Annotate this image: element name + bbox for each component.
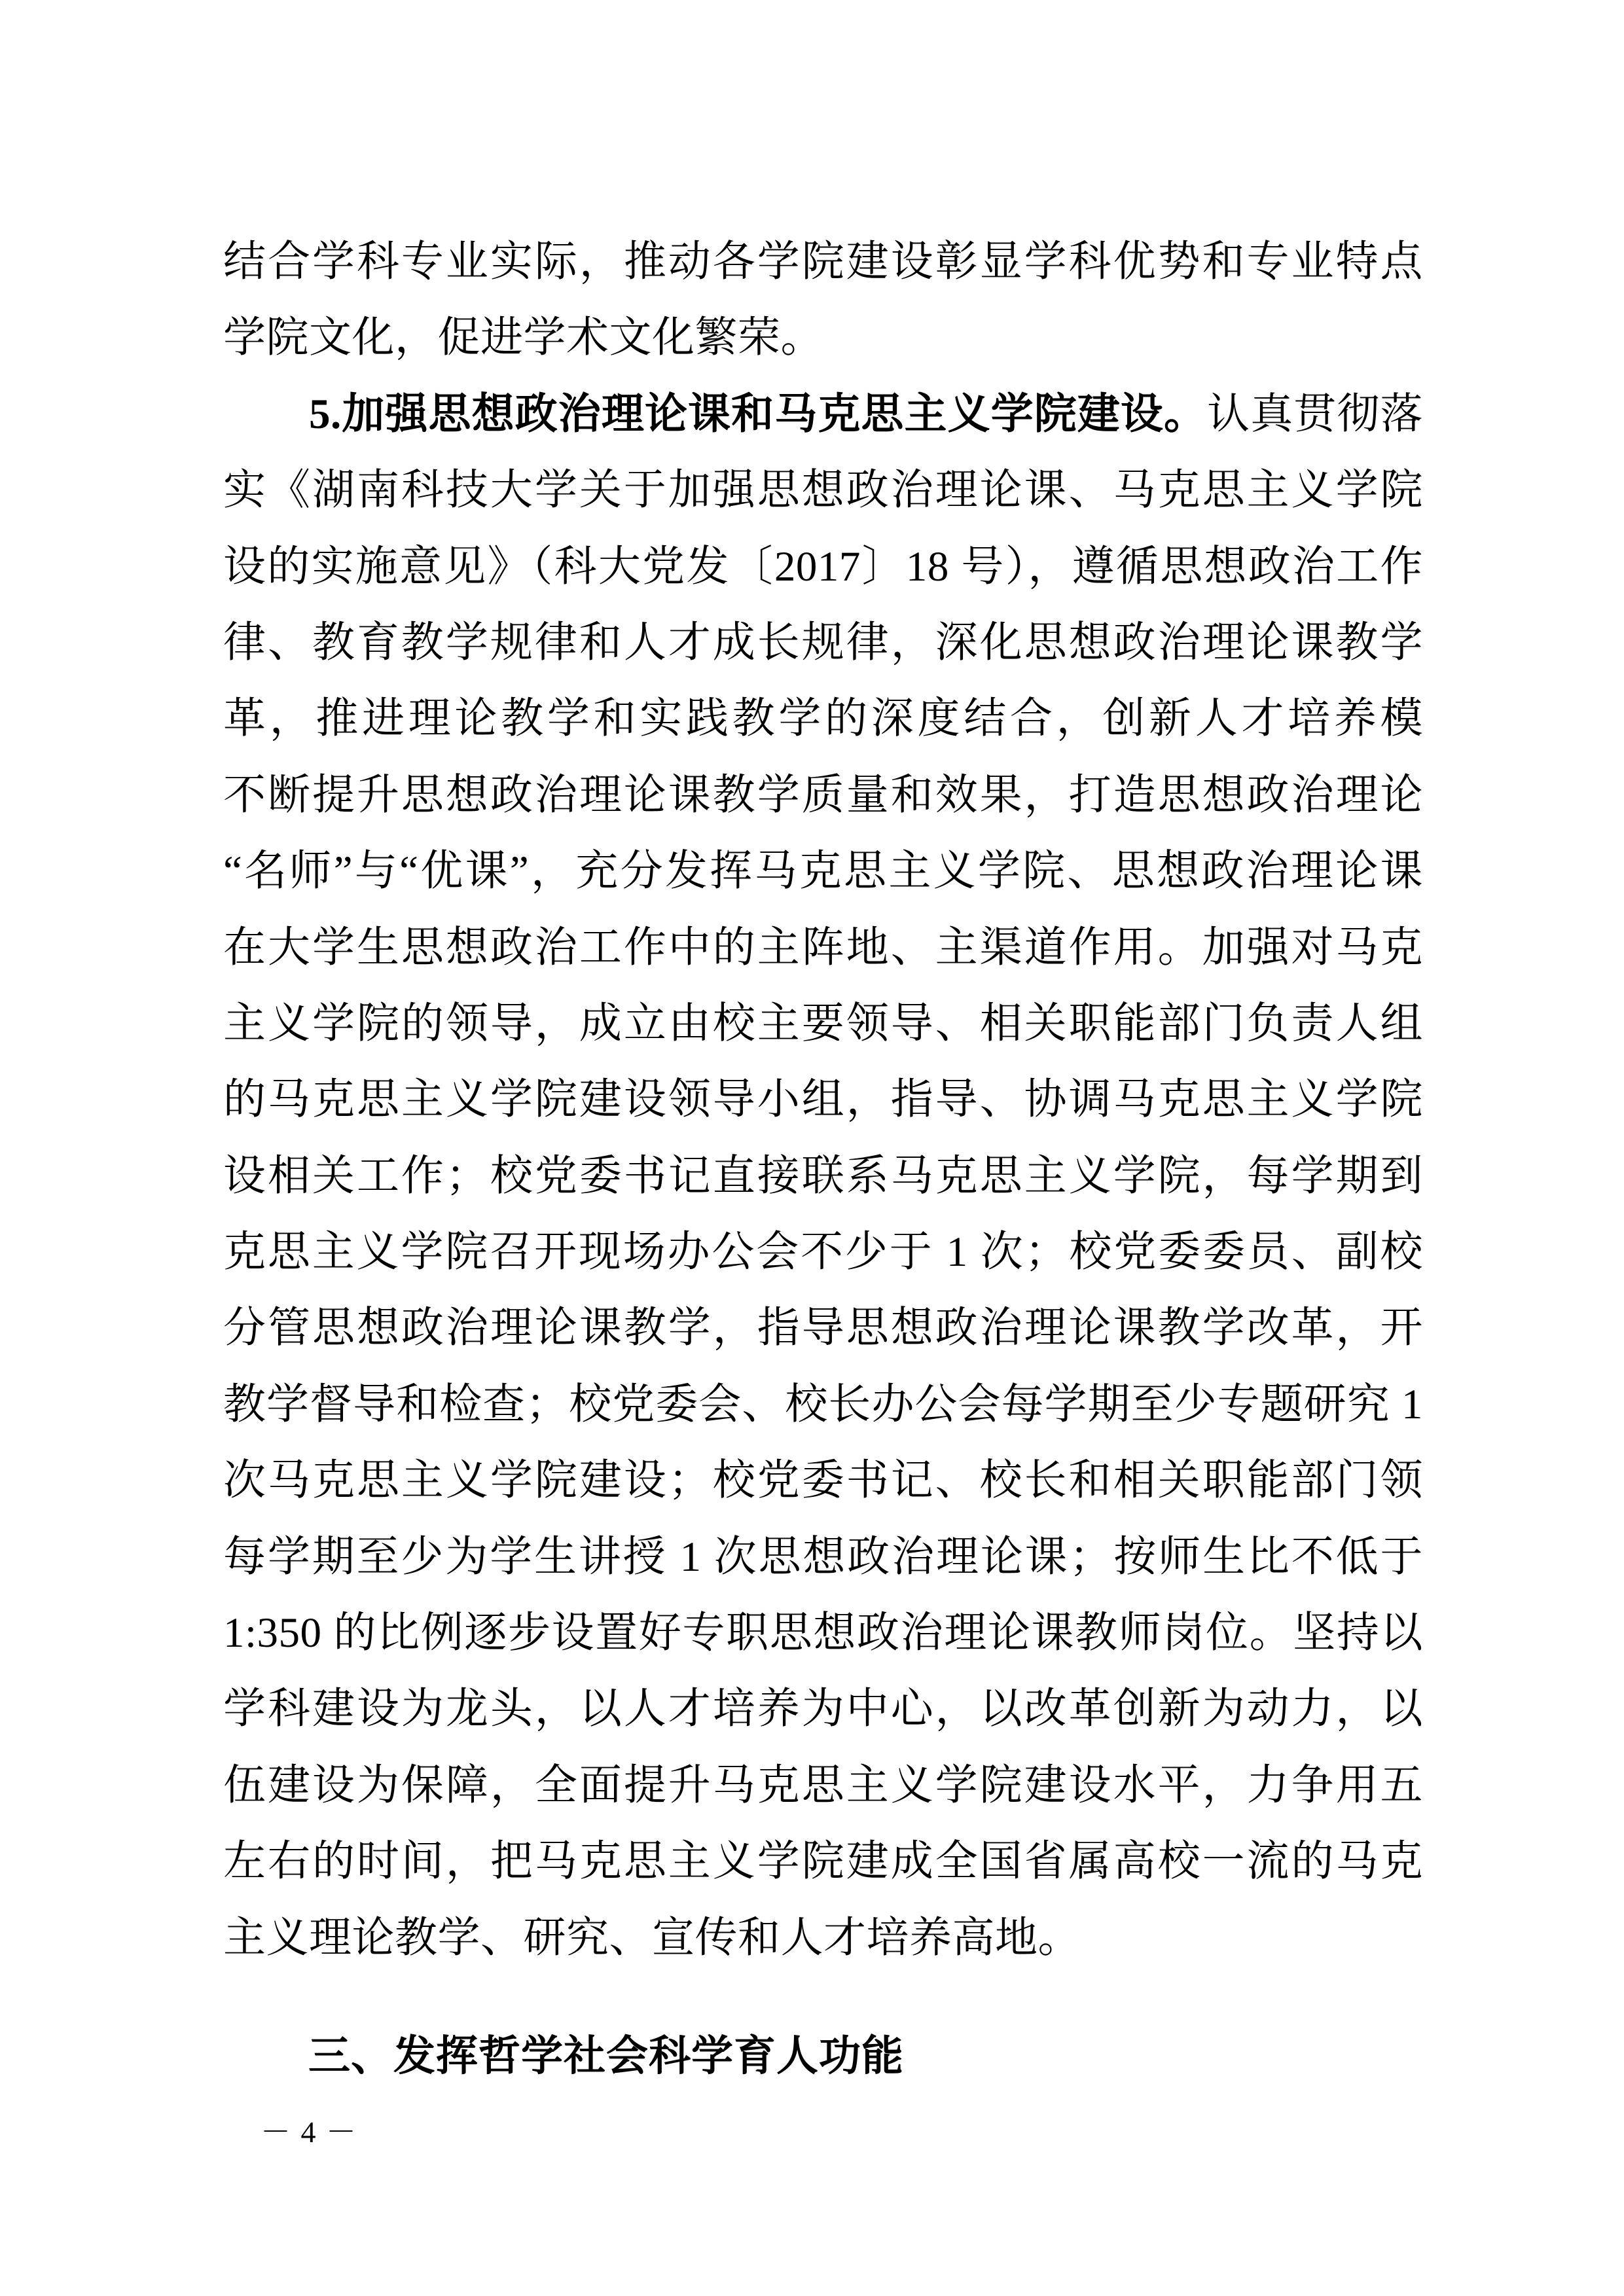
item5-lead-bold-text: 5.加强思想政治理论课和马克思主义学院建设。 (309, 391, 1207, 438)
body-line: 学科建设为龙头，以人才培养为中心，以改革创新为动力，以队 (223, 1671, 1423, 1747)
body-line: 在大学生思想政治工作中的主阵地、主渠道作用。加强对马克思 (223, 910, 1423, 986)
body-line: 不断提升思想政治理论课教学质量和效果，打造思想政治理论课 (223, 757, 1423, 833)
body-line: 1:350 的比例逐步设置好专职思想政治理论课教师岗位。坚持以 (223, 1595, 1423, 1671)
body-line: 分管思想政治理论课教学，指导思想政治理论课教学改革，开展 (223, 1290, 1423, 1366)
item5-lead-rest-text: 认真贯彻落 (1207, 391, 1423, 438)
body-line: 伍建设为保障，全面提升马克思主义学院建设水平，力争用五年 (223, 1748, 1423, 1823)
body-line: 的马克思主义学院建设领导小组，指导、协调马克思主义学院建 (223, 1062, 1423, 1138)
body-line: 克思主义学院召开现场办公会不少于 1 次；校党委委员、副校长 (223, 1214, 1423, 1290)
body-line: 每学期至少为学生讲授 1 次思想政治理论课；按师生比不低于 (223, 1519, 1423, 1595)
body-line: 结合学科专业实际，推动各学院建设彰显学科优势和专业特点的 (223, 224, 1423, 300)
document-page: 结合学科专业实际，推动各学院建设彰显学科优势和专业特点的 学院文化，促进学术文化… (0, 0, 1624, 2296)
body-line: “名师”与“优课”，充分发挥马克思主义学院、思想政治理论课 (223, 833, 1423, 909)
body-line: 革，推进理论教学和实践教学的深度结合，创新人才培养模式， (223, 681, 1423, 757)
body-line: 实《湖南科技大学关于加强思想政治理论课、马克思主义学院建 (223, 452, 1423, 528)
body-line-item5-lead: 5.加强思想政治理论课和马克思主义学院建设。认真贯彻落 (223, 376, 1423, 452)
body-text-block: 结合学科专业实际，推动各学院建设彰显学科优势和专业特点的 学院文化，促进学术文化… (223, 224, 1423, 2094)
body-line: 次马克思主义学院建设；校党委书记、校长和相关职能部门领导 (223, 1443, 1423, 1518)
body-line: 设的实施意见》（科大党发〔2017〕18 号），遵循思想政治工作规 (223, 529, 1423, 605)
body-line: 主义学院的领导，成立由校主要领导、相关职能部门负责人组成 (223, 986, 1423, 1062)
body-line: 教学督导和检查；校党委会、校长办公会每学期至少专题研究 1 (223, 1367, 1423, 1443)
body-line: 设相关工作；校党委书记直接联系马克思主义学院，每学期到马 (223, 1138, 1423, 1214)
section-heading: 三、发挥哲学社会科学育人功能 (223, 2018, 1423, 2094)
body-line: 律、教育教学规律和人才成长规律，深化思想政治理论课教学改 (223, 605, 1423, 681)
body-line: 主义理论教学、研究、宣传和人才培养高地。 (223, 1900, 1423, 1976)
page-number: － 4 － (261, 2113, 357, 2152)
body-line: 学院文化，促进学术文化繁荣。 (223, 300, 1423, 376)
body-line: 左右的时间，把马克思主义学院建成全国省属高校一流的马克思 (223, 1823, 1423, 1899)
